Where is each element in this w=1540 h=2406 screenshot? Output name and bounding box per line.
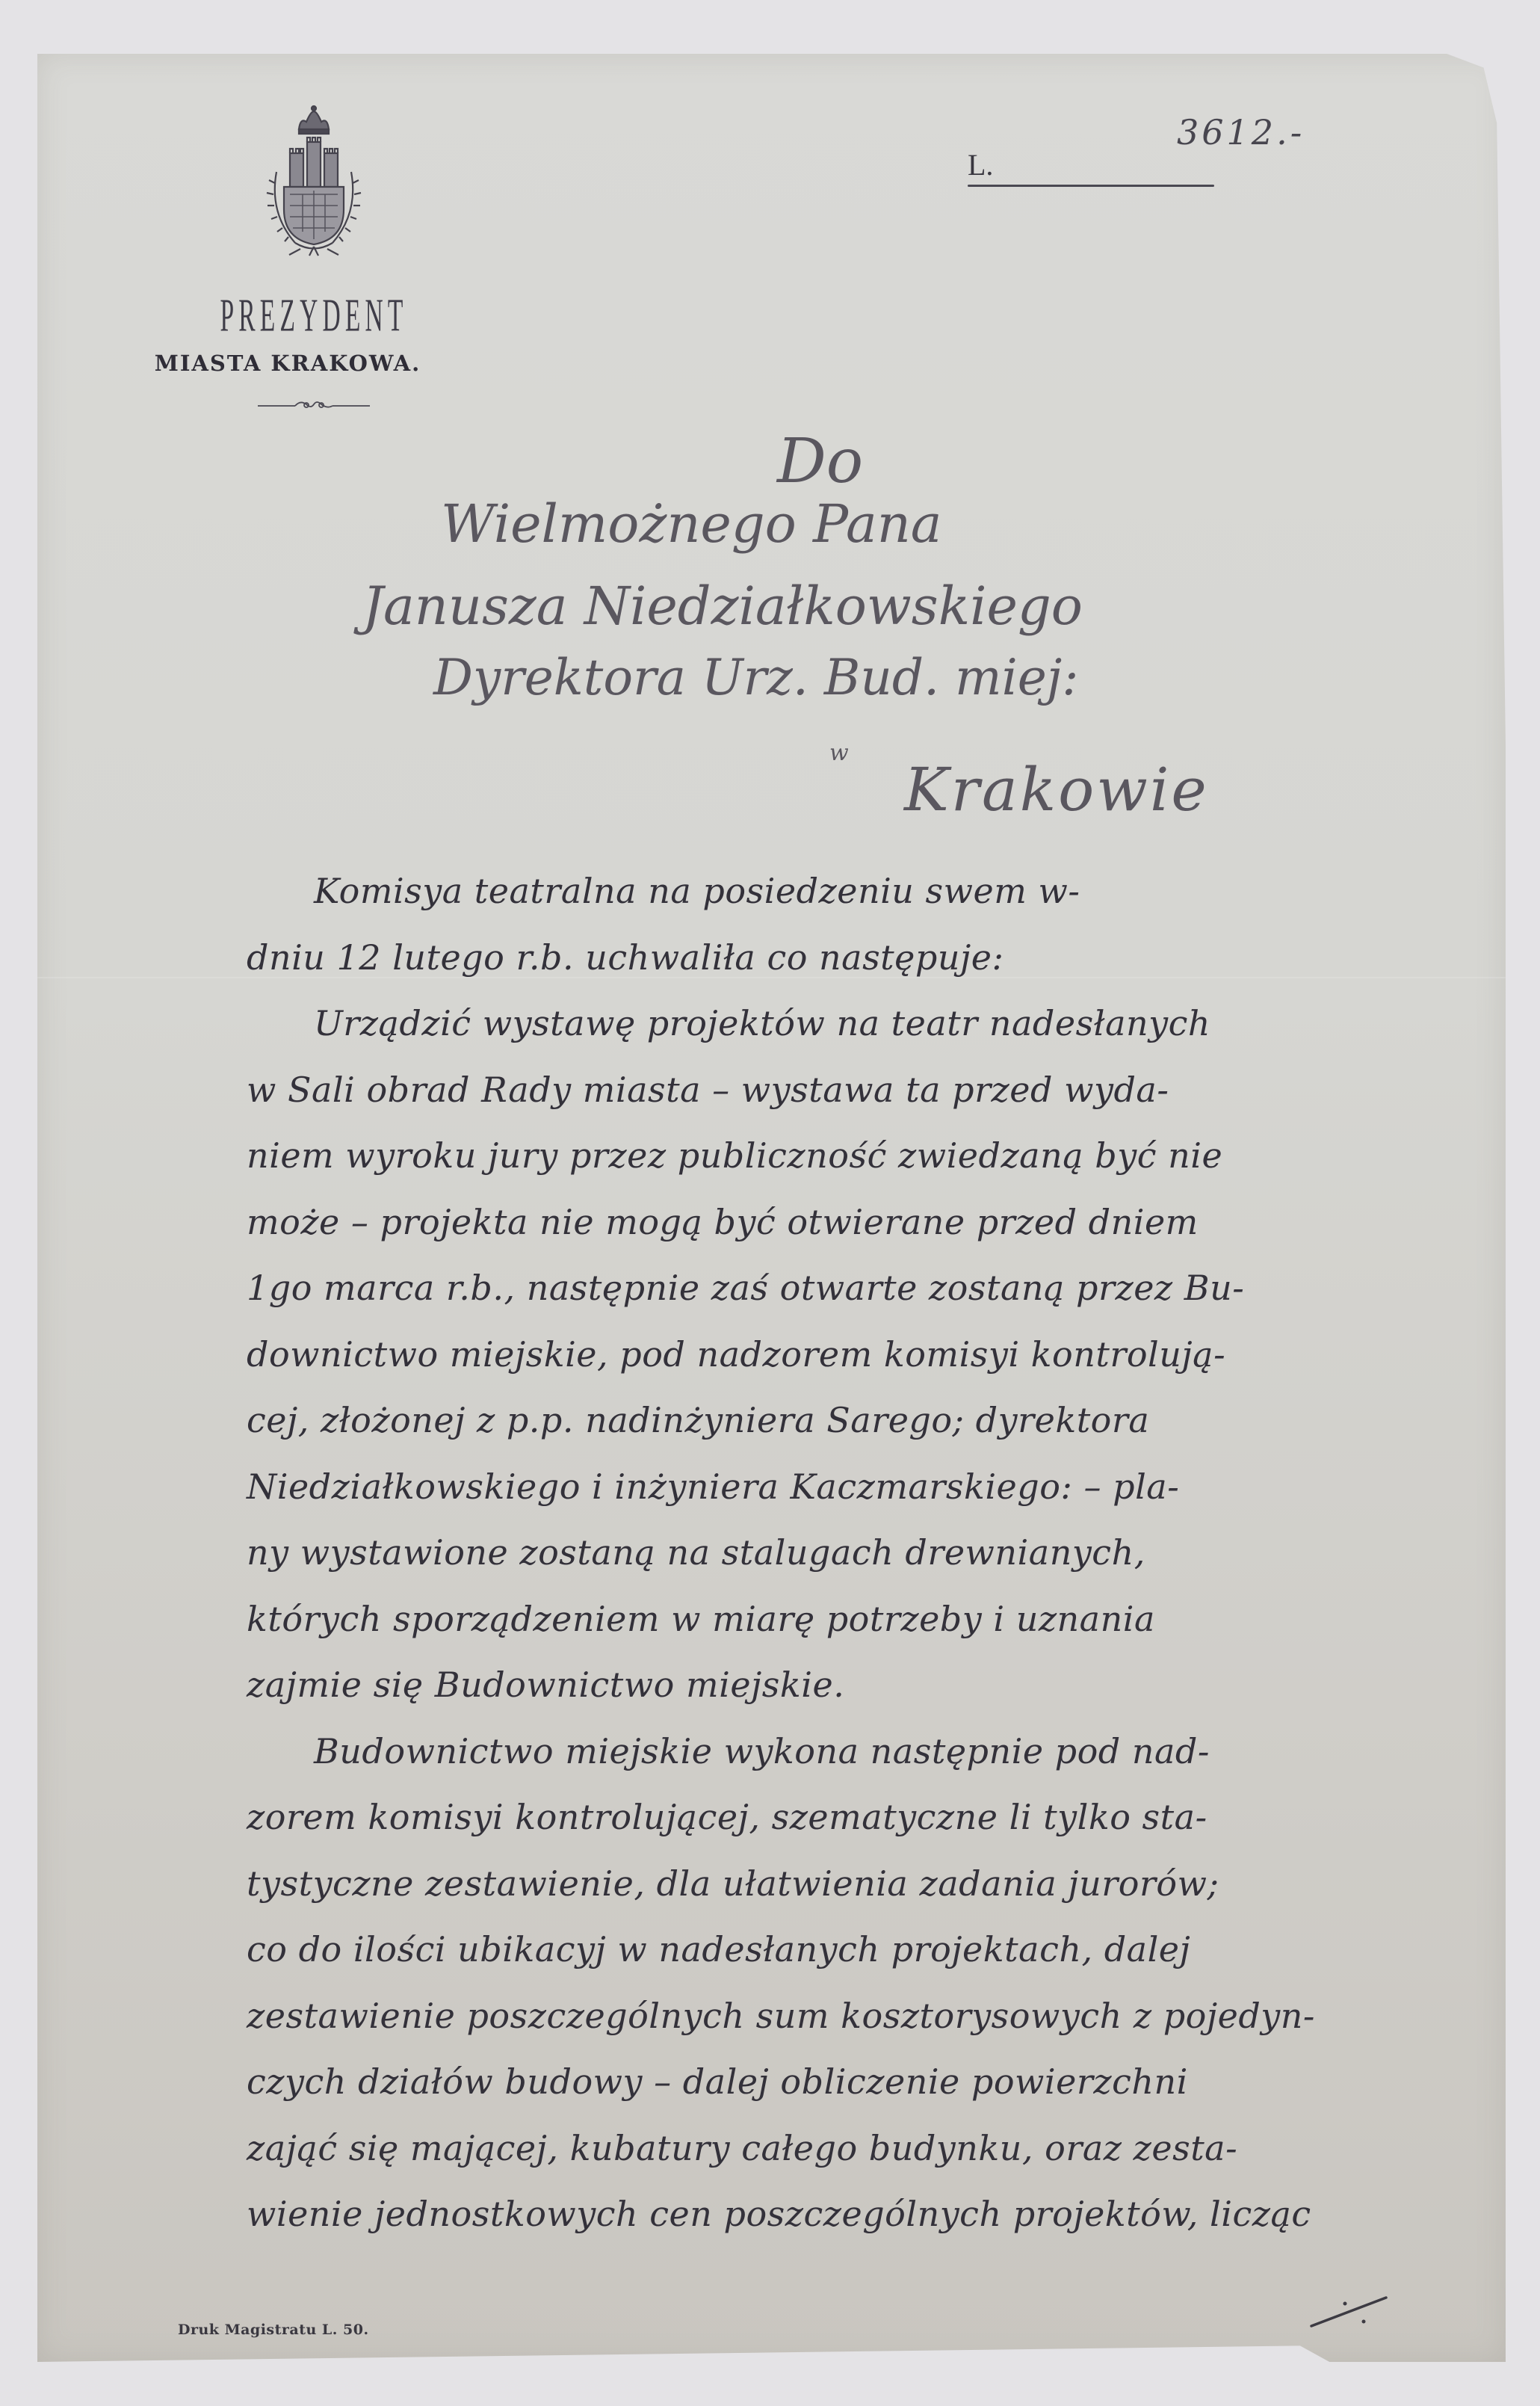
address-line-title: Wielmożnego Pana (441, 493, 942, 555)
address-line-position: Dyrektora Urz. Bud. miej: (433, 649, 1079, 706)
body-line: zająć się mającej, kubatury całego budyn… (247, 2115, 1479, 2182)
address-salutation: Do (777, 426, 863, 497)
body-line: Komisya teatralna na posiedzeniu swem w- (247, 858, 1479, 925)
body-line: downictwo miejskie, pod nadzorem komisyi… (247, 1321, 1479, 1388)
body-line: czych działów budowy – dalej obliczenie … (247, 2049, 1479, 2115)
krakow-coat-of-arms-icon (254, 101, 374, 258)
body-line: w Sali obrad Rady miasta – wystawa ta pr… (247, 1057, 1479, 1123)
body-line: tystyczne zestawienie, dla ułatwienia za… (247, 1851, 1479, 1917)
reference-label: L. (968, 147, 993, 182)
body-line: Niedziałkowskiego i inżyniera Kaczmarski… (247, 1454, 1479, 1520)
body-line: wienie jednostkowych cen poszczególnych … (247, 2181, 1479, 2248)
body-line: Urządzić wystawę projektów na teatr nade… (247, 990, 1479, 1057)
address-line-name: Janusza Niedziałkowskiego (362, 576, 1083, 637)
address-prefix: w (829, 740, 849, 766)
body-line: niem wyroku jury przez publiczność zwied… (247, 1123, 1479, 1189)
body-line: których sporządzeniem w miarę potrzeby i… (247, 1586, 1479, 1653)
reference-number: 3612.- (1177, 112, 1305, 152)
printer-imprint: Druk Magistratu L. 50. (178, 2322, 369, 2338)
address-city: Krakowie (904, 755, 1209, 824)
body-line: zajmie się Budownictwo miejskie. (247, 1652, 1479, 1718)
body-line: zorem komisyi kontrolującej, szematyczne… (247, 1784, 1479, 1851)
letterhead: PREZYDENT MIASTA KRAKOWA. (149, 101, 478, 412)
letterhead-title: PREZYDENT (212, 292, 416, 339)
body-line: Budownictwo miejskie wykona następnie po… (247, 1718, 1479, 1785)
letter-body: Komisya teatralna na posiedzeniu swem w-… (247, 858, 1479, 2248)
body-line: co do ilości ubikacyj w nadesłanych proj… (247, 1916, 1479, 1983)
body-line: 1go marca r.b., następnie zaś otwarte zo… (247, 1255, 1479, 1321)
page-continuation-mark (1304, 2293, 1394, 2331)
body-line: cej, złożonej z p.p. nadinżyniera Sarego… (247, 1387, 1479, 1454)
scroll-ornament-icon (254, 397, 374, 412)
body-line: może – projekta nie mogą być otwierane p… (247, 1189, 1479, 1256)
reference-underline (968, 185, 1214, 187)
letterhead-subtitle: MIASTA KRAKOWA. (97, 351, 478, 376)
body-line: zestawienie poszczególnych sum kosztorys… (247, 1983, 1479, 2049)
body-line: ny wystawione zostaną na stalugach drewn… (247, 1520, 1479, 1586)
body-line: dniu 12 lutego r.b. uchwaliła co następu… (247, 925, 1479, 991)
